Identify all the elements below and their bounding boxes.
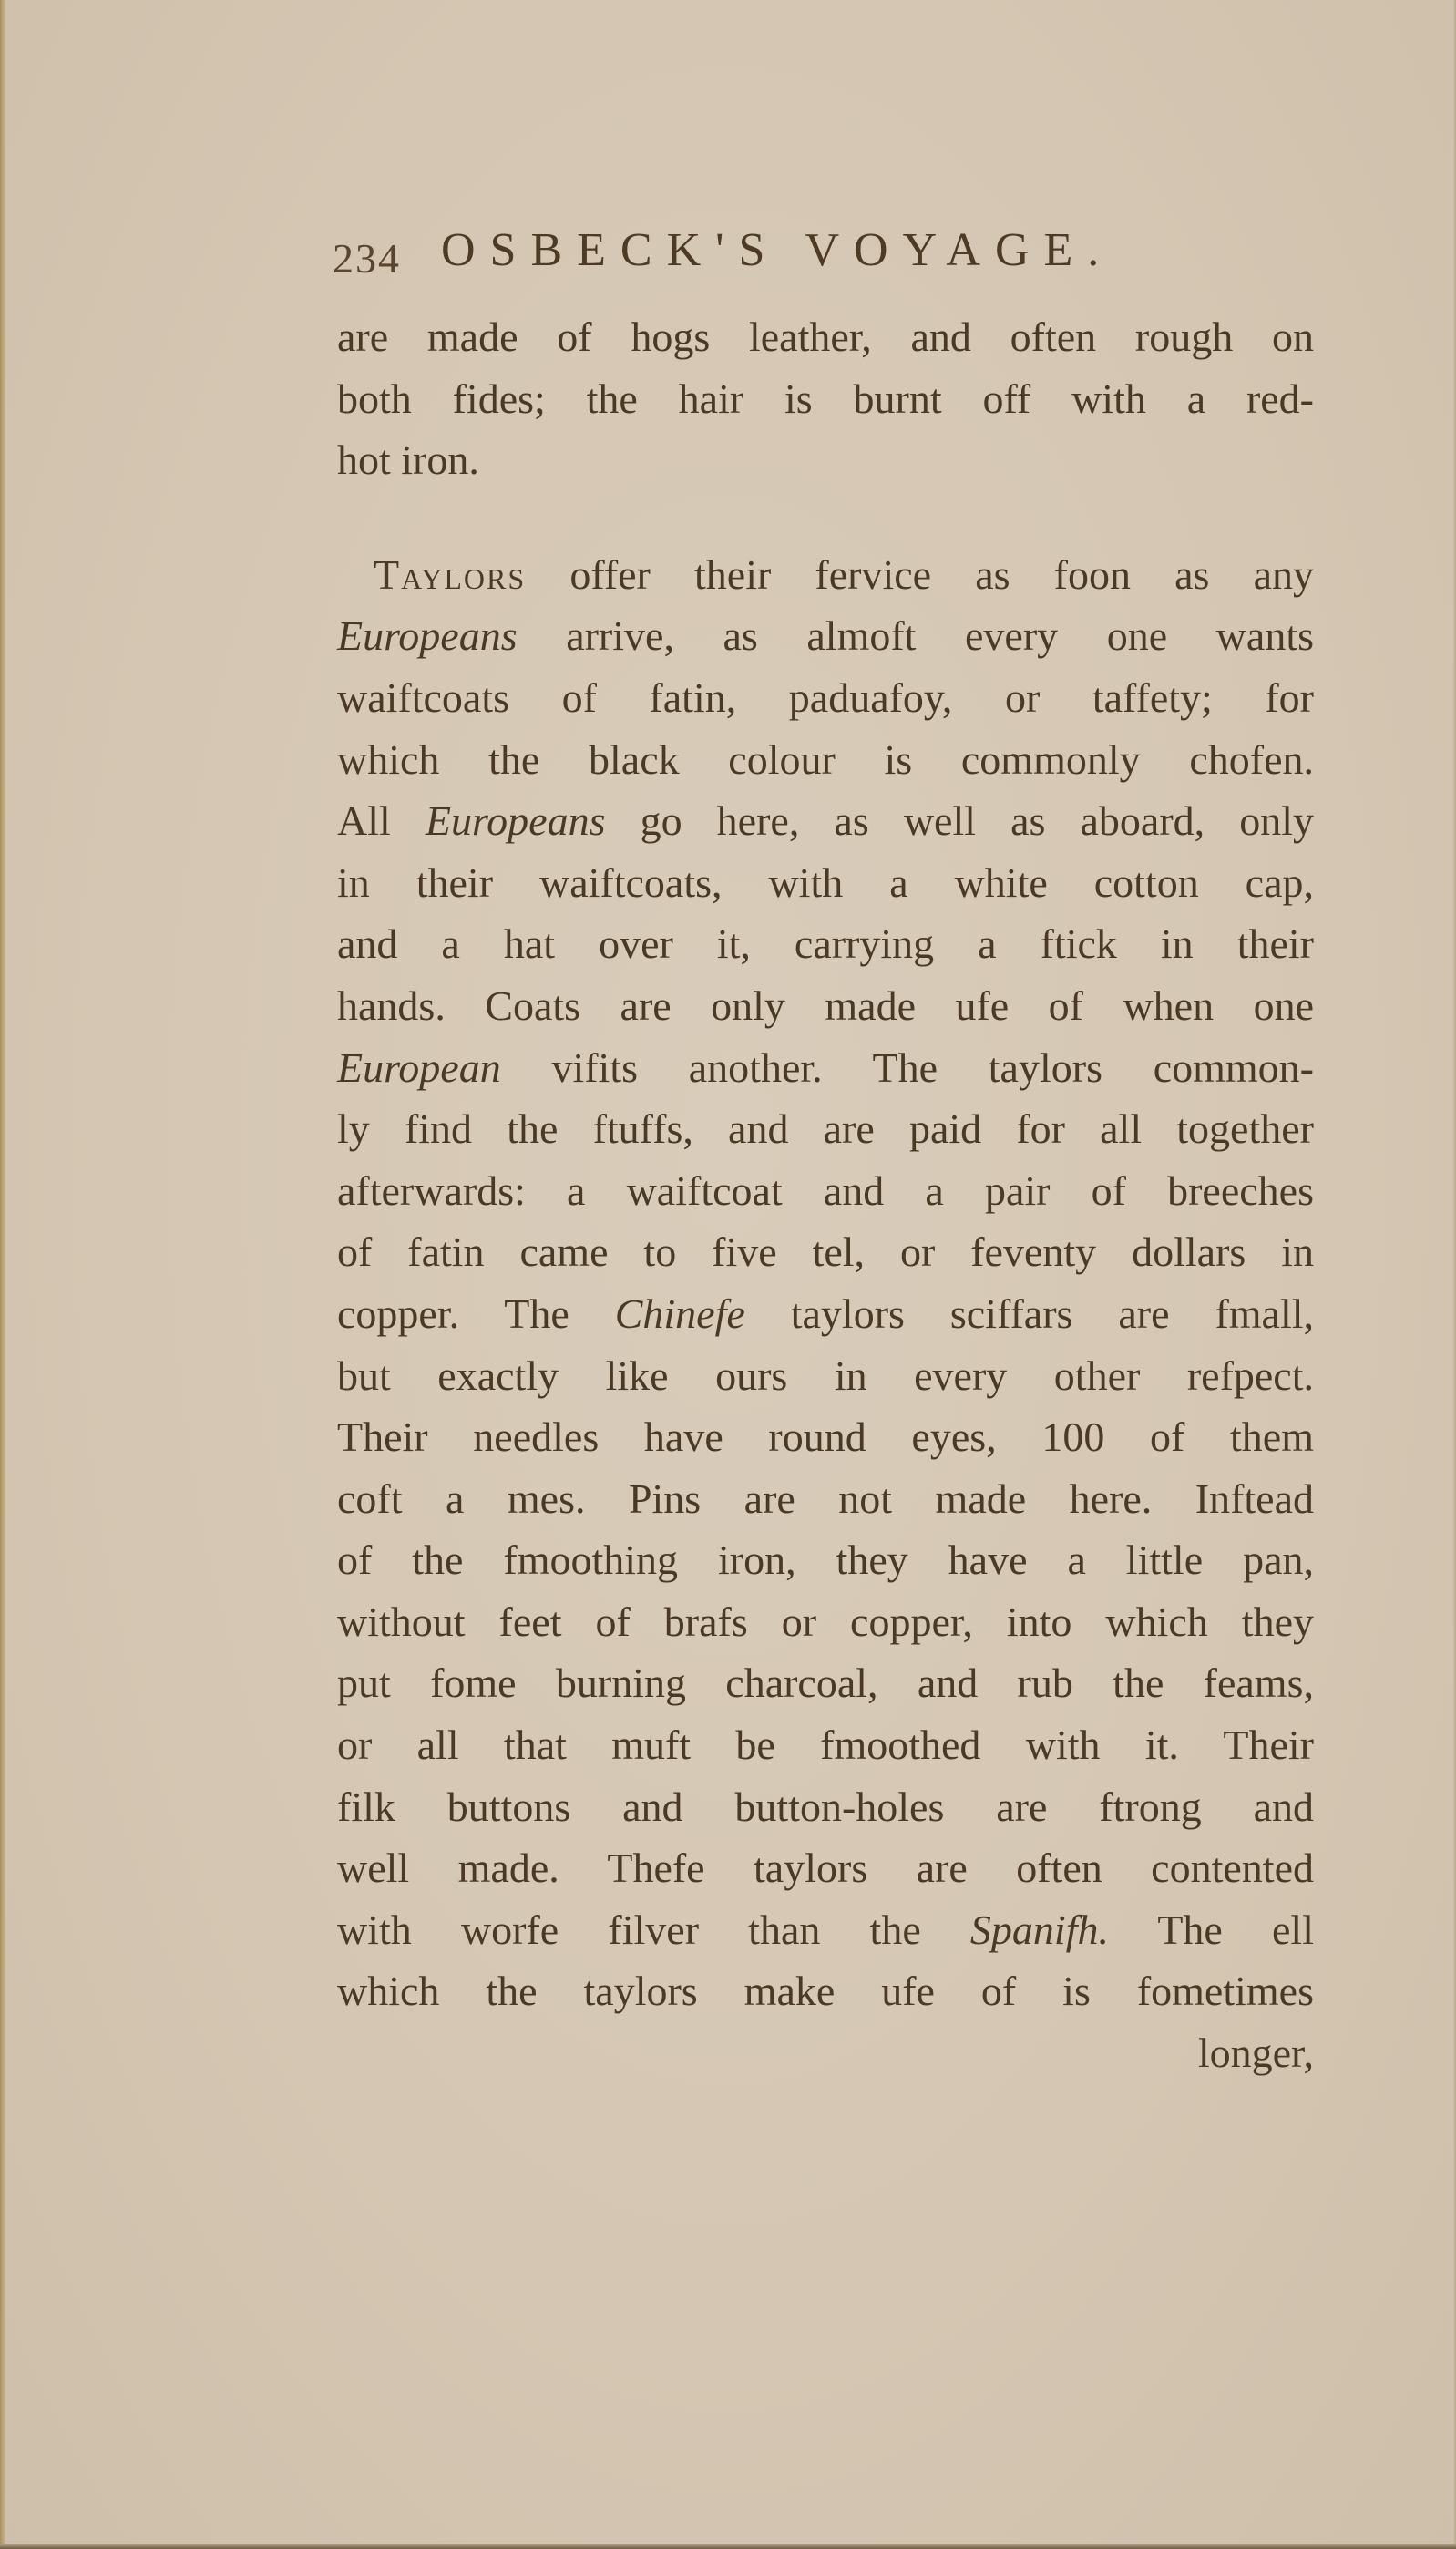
text-line: All Europeans go here, as well as aboard… — [337, 790, 1314, 852]
text-line: filk buttons and button-holes are ftrong… — [337, 1776, 1314, 1838]
text-line: coft a mes. Pins are not made here. Inft… — [337, 1468, 1314, 1530]
text-line: and a hat over it, carrying a ftick in t… — [337, 913, 1314, 975]
text-line: ly find the ftuffs, and are paid for all… — [337, 1098, 1314, 1160]
text-line: which the black colour is commonly chofe… — [337, 729, 1314, 791]
text-line: in their waiftcoats, with a white cotton… — [337, 852, 1314, 914]
book-page: 234 OSBECK'S VOYAGE. are made of hogs le… — [0, 0, 1456, 2549]
body-text: are made of hogs leather, and often roug… — [337, 306, 1314, 2084]
smallcaps-lead: Taylors — [374, 551, 526, 598]
running-title: OSBECK'S VOYAGE. — [441, 223, 1113, 277]
text-line: copper. The Chinefe taylors sciffars are… — [337, 1283, 1314, 1345]
text-line: but exactly like ours in every other ref… — [337, 1345, 1314, 1407]
text-line: both fides; the hair is burnt off with a… — [337, 368, 1314, 430]
text-line: hands. Coats are only made ufe of when o… — [337, 975, 1314, 1037]
paragraph-gap — [337, 491, 1314, 544]
text-line: afterwards: a waiftcoat and a pair of br… — [337, 1160, 1314, 1222]
text-line: which the taylors make ufe of is fometim… — [337, 1960, 1314, 2022]
text-line: hot iron. — [337, 429, 1314, 491]
text-line: are made of hogs leather, and often roug… — [337, 306, 1314, 368]
running-head: 234 OSBECK'S VOYAGE. — [333, 223, 1317, 287]
text-line: of the fmoothing iron, they have a littl… — [337, 1529, 1314, 1591]
page-edge-left — [0, 0, 5, 2549]
italic-word: Europeans — [337, 612, 518, 659]
text-line: or all that muft be fmoothed with it. Th… — [337, 1714, 1314, 1776]
text-line: of fatin came to five tel, or feventy do… — [337, 1221, 1314, 1283]
catchword: longer, — [337, 2022, 1314, 2084]
text-line: well made. Thefe taylors are often conte… — [337, 1837, 1314, 1899]
italic-word: Europeans — [426, 797, 606, 844]
page-edge-bottom — [0, 2544, 1456, 2549]
text-line: Taylors offer their fervice as foon as a… — [337, 544, 1314, 606]
text-line: Europeans arrive, as almoft every one wa… — [337, 605, 1314, 667]
text-line: waiftcoats of fatin, paduafoy, or taffet… — [337, 667, 1314, 729]
page-edge-right — [1452, 0, 1456, 2549]
italic-word: Spanifh. — [970, 1907, 1109, 1953]
italic-word: Chinefe — [615, 1290, 745, 1337]
text-line: with worfe filver than the Spanifh. The … — [337, 1899, 1314, 1961]
text-line: put fome burning charcoal, and rub the f… — [337, 1652, 1314, 1714]
text-line: European vifits another. The taylors com… — [337, 1037, 1314, 1099]
text-line: without feet of brafs or copper, into wh… — [337, 1591, 1314, 1653]
page-number: 234 — [333, 234, 401, 283]
italic-word: European — [337, 1044, 501, 1091]
text-line: Their needles have round eyes, 100 of th… — [337, 1406, 1314, 1468]
